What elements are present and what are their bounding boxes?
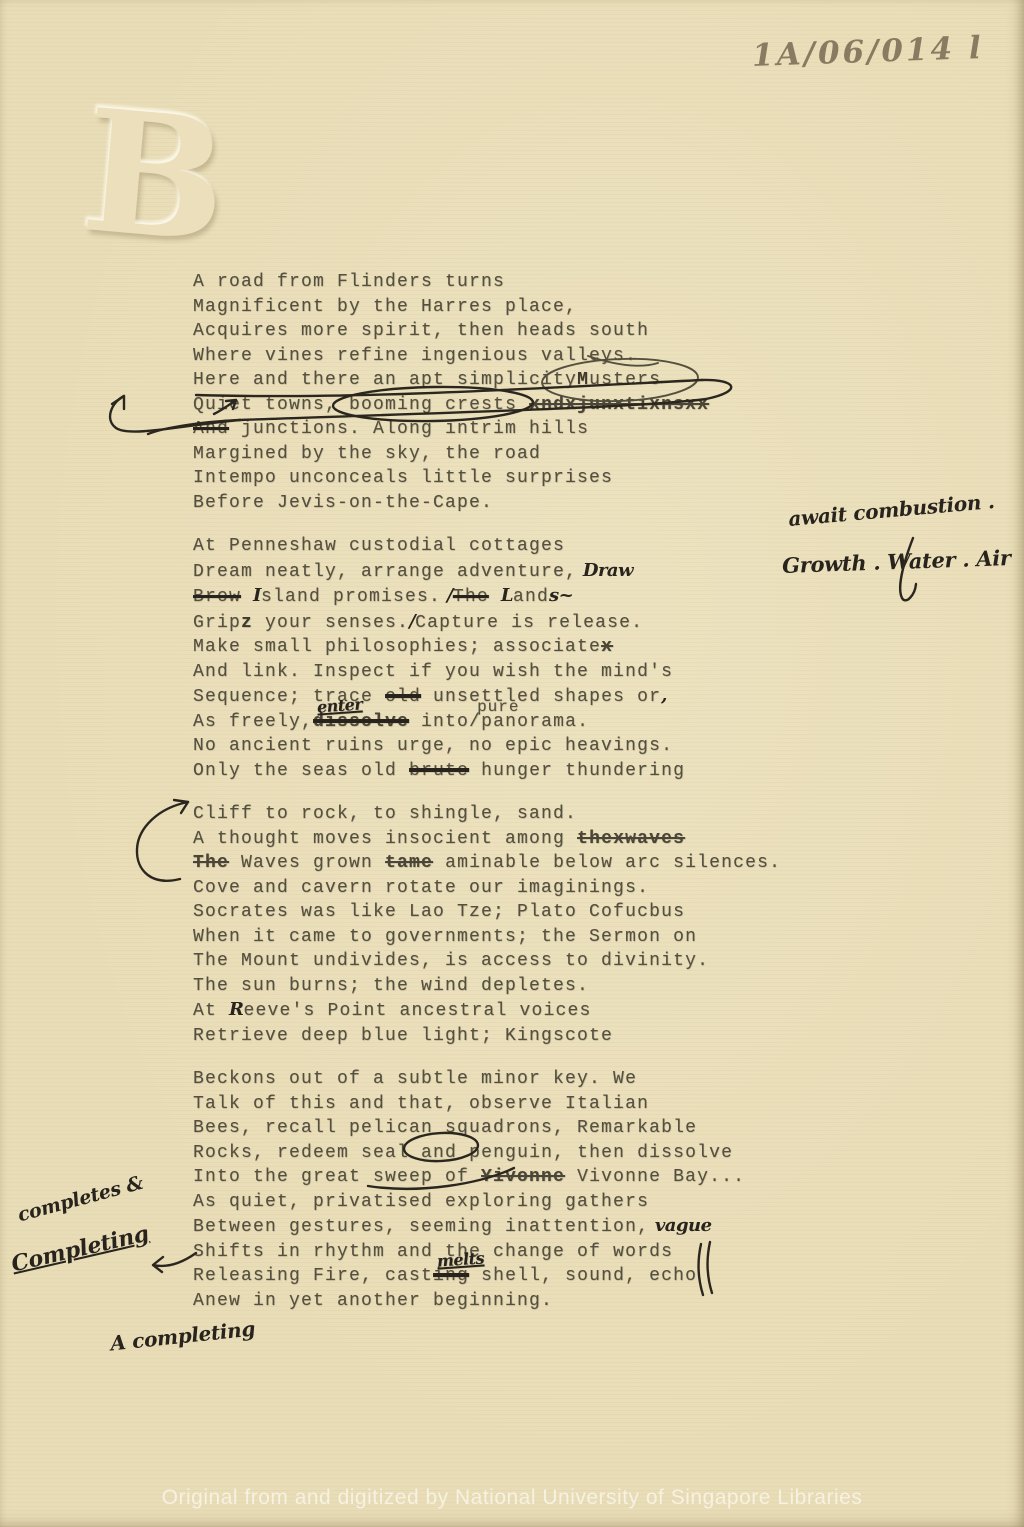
digitization-watermark: Original from and digitized by National … [0, 1486, 1024, 1510]
poem-text-run [489, 587, 501, 607]
poem-text-run [241, 587, 253, 607]
poem-line: The Waves grown tame aminable below arc … [193, 851, 781, 876]
poem-text-run: Anew in yet another beginning. [193, 1291, 553, 1311]
poem-text-run: At Penneshaw custodial cottages [193, 536, 565, 556]
stanza-2: At Penneshaw custodial cottages Dream ne… [193, 534, 781, 783]
poem-line: The Mount undivides, is access to divini… [193, 949, 781, 974]
hand-struck-word: brute [409, 761, 469, 781]
margin-note-await: await combustion . [787, 489, 995, 531]
poem-text-run: Here and there an apt simplicity [193, 370, 577, 390]
typed-over-strike: x [601, 637, 613, 657]
poem: A road from Flinders turns Magnificent b… [193, 270, 781, 1313]
overstruck-letter: z [241, 613, 253, 633]
poem-line: Into the great sweep of Yivonne Vivonne … [193, 1165, 781, 1190]
poem-text-run: Margined by the sky, the road [193, 444, 541, 464]
poem-text-run: your senses. [253, 613, 409, 633]
poem-line: Magnificent by the Harres place, [193, 295, 781, 320]
poem-text-run: penguin, then dissolve [457, 1143, 733, 1163]
poem-text-run: Where vines refine ingenious valleys. [193, 346, 637, 366]
handwritten-letter: L [501, 585, 513, 606]
poem-line: A road from Flinders turns [193, 270, 781, 295]
poem-text-run: The sun burns; the wind depletes. [193, 976, 589, 996]
margin-note-completes: completes & [15, 1172, 145, 1227]
hand-struck-word: old [385, 687, 421, 707]
poem-line: Quiet towns, booming crests xndxjunxtixn… [193, 393, 781, 418]
poem-line: Dream neatly, arrange adventure, Draw [193, 559, 781, 585]
poem-text-run [337, 395, 349, 415]
poem-line: Beckons out of a subtle minor key. We [193, 1067, 781, 1092]
paper-emboss-mark: B [77, 86, 233, 266]
handwritten-letter: I [253, 585, 261, 606]
poem-line: And link. Inspect if you wish the mind's [193, 660, 781, 685]
circled-word-and: and [421, 1143, 457, 1163]
poem-text-run: And link. Inspect if you wish the mind's [193, 662, 673, 682]
overstruck-letter: M [577, 370, 589, 390]
typed-over-strike: tame [385, 853, 433, 873]
archive-reference-number: 1A/06/014 l [752, 30, 985, 74]
poem-text-run: Waves grown [229, 853, 385, 873]
hand-struck-word: The [453, 587, 489, 607]
poem-line: Only the seas old brute hunger thunderin… [193, 759, 781, 784]
poem-text-run: Cliff to rock, to shingle, sand. [193, 804, 577, 824]
poem-line: Here and there an apt simplicityMusters [193, 368, 781, 393]
poem-line: Gripz your senses./Capture is release. [193, 610, 781, 636]
margin-note-completing: Completing [9, 1221, 151, 1278]
poem-text-run: Shifts in rhythm and the change of words [193, 1242, 673, 1262]
poem-text-run: As freely, [193, 712, 313, 732]
poem-text-run: Socrates was like Lao Tze; Plato Cofucbu… [193, 902, 685, 922]
poem-text-run: Intempo unconceals little surprises [193, 468, 613, 488]
poem-line: Between gestures, seeming inattention, v… [193, 1214, 781, 1240]
hand-struck-word-dissolve: dissolveenter [313, 710, 409, 735]
poem-text-run: Bees, recall pelican squadrons, Remarkab… [193, 1118, 697, 1138]
poem-text-run: Magnificent by the Harres place, [193, 297, 577, 317]
poem-text-run: Cove and cavern rotate our imaginings. [193, 878, 649, 898]
handwritten-comma: , [661, 685, 667, 706]
poem-line: Margined by the sky, the road [193, 442, 781, 467]
poem-text-run: As quiet, privatised exploring gathers [193, 1192, 649, 1212]
stanza3-bracket [137, 802, 188, 881]
circled-phrase-booming-crests: booming crests [349, 395, 517, 415]
poem-text-run: When it came to governments; the Sermon … [193, 927, 697, 947]
poem-text-run: Make small philosophies; associate [193, 637, 601, 657]
handwritten-caret: / [441, 585, 453, 606]
hand-corrected-suffix: ingmelts [433, 1264, 469, 1289]
poem-text-run: The Mount undivides, is access to divini… [193, 951, 709, 971]
poem-text-run: Releasing Fire, cast [193, 1266, 433, 1286]
poem-line: At Reeve's Point ancestral voices [193, 998, 781, 1024]
typed-over-strike: xndxjunxtixnsxx [529, 395, 709, 415]
completing-arrow [153, 1253, 196, 1272]
poem-text-run: Dream neatly, arrange adventure, [193, 562, 577, 582]
poem-text-run: eeve's Point ancestral voices [243, 1001, 591, 1021]
handwritten-word-draw: Draw [577, 560, 633, 581]
poem-text-run: junctions. Along intrim hills [229, 419, 589, 439]
poem-line: As quiet, privatised exploring gathers [193, 1190, 781, 1215]
arrowhead [174, 800, 188, 813]
poem-text-run: and [513, 587, 549, 607]
poem-text-run: A thought moves insocient among [193, 829, 577, 849]
poem-line: At Penneshaw custodial cottages [193, 534, 781, 559]
poem-line: Acquires more spirit, then heads south [193, 319, 781, 344]
poem-line: Bees, recall pelican squadrons, Remarkab… [193, 1116, 781, 1141]
poem-text-run: sland promises. [261, 587, 441, 607]
poem-text-run: Grip [193, 613, 241, 633]
poem-text-run: aminable below arc silences. [433, 853, 781, 873]
stanza-3: Cliff to rock, to shingle, sand. A thoug… [193, 802, 781, 1048]
poem-line: The sun burns; the wind depletes. [193, 974, 781, 999]
poem-line: Rocks, redeem seal and penguin, then dis… [193, 1141, 781, 1166]
arrowhead [112, 396, 124, 409]
poem-line: A thought moves insocient among thexwave… [193, 827, 781, 852]
poem-text-run [517, 395, 529, 415]
poem-text-run: hunger thundering [469, 761, 685, 781]
poem-text-run: shell, sound, echo [469, 1266, 697, 1286]
poem-line: Make small philosophies; associatex [193, 635, 781, 660]
stanza-4: Beckons out of a subtle minor key. We Ta… [193, 1067, 781, 1313]
poem-text-run: Acquires more spirit, then heads south [193, 321, 649, 341]
word-with-typed-insertion: purepanorama. [481, 710, 589, 735]
poem-text-run: Talk of this and that, observe Italian [193, 1094, 649, 1114]
poem-line: Releasing Fire, castingmelts shell, soun… [193, 1264, 781, 1289]
poem-text-run: unsettled shapes or [421, 687, 661, 707]
poem-text-run: Beckons out of a subtle minor key. We [193, 1069, 637, 1089]
poem-line: Intempo unconceals little surprises [193, 466, 781, 491]
typed-over-strike: Yivonne [481, 1167, 565, 1187]
poem-text-run: Between gestures, seeming inattention, [193, 1217, 649, 1237]
typed-insertion-pure: pure [477, 695, 519, 720]
circled-word-musters: usters [589, 370, 661, 390]
poem-text-run: No ancient ruins urge, no epic heavings. [193, 736, 673, 756]
handwritten-scrawl: s~ [549, 585, 573, 606]
typed-over-strike: thexwaves [577, 829, 685, 849]
handwritten-word-vague: vague [649, 1215, 712, 1236]
poem-line: No ancient ruins urge, no epic heavings. [193, 734, 781, 759]
poem-line: As freely,dissolveenter into/purepanoram… [193, 710, 781, 735]
poem-line: Anew in yet another beginning. [193, 1289, 781, 1314]
handwritten-insertion: enter [316, 692, 363, 720]
poem-text-run: Before Jevis-on-the-Cape. [193, 493, 493, 513]
margin-note-growth-water-air: Growth . Water . Air [782, 545, 1011, 578]
poem-line: Before Jevis-on-the-Cape. [193, 491, 781, 516]
hand-struck-word: Brow [193, 587, 241, 607]
poem-line: Socrates was like Lao Tze; Plato Cofucbu… [193, 900, 781, 925]
poem-text-run: Rocks, redeem seal [193, 1143, 421, 1163]
poem-line: Where vines refine ingenious valleys. [193, 344, 781, 369]
poem-line: Cove and cavern rotate our imaginings. [193, 876, 781, 901]
poem-line: Talk of this and that, observe Italian [193, 1092, 781, 1117]
poem-line: Cliff to rock, to shingle, sand. [193, 802, 781, 827]
hand-struck-word: And [193, 419, 229, 439]
poem-line: When it came to governments; the Sermon … [193, 925, 781, 950]
poem-text-run: Quiet towns, [193, 395, 337, 415]
poem-text-run: Into the great sweep of [193, 1167, 481, 1187]
handwritten-insertion: melts [436, 1246, 485, 1274]
stanza-1: A road from Flinders turns Magnificent b… [193, 270, 781, 515]
handwritten-letter-r: R [229, 999, 243, 1020]
manuscript-page: B 1A/06/014 l A road from Flinders turns… [0, 0, 1024, 1527]
poem-text-run: into/ [409, 712, 481, 732]
poem-line: And junctions. Along intrim hills [193, 417, 781, 442]
poem-text-run: A road from Flinders turns [193, 272, 505, 292]
poem-text-run: Only the seas old [193, 761, 409, 781]
poem-text-run: At [193, 1001, 229, 1021]
poem-text-run: Vivonne Bay... [565, 1167, 745, 1187]
poem-line: Brow Island promises. /The Lands~ [193, 584, 781, 610]
margin-note-a-completing: A completing [109, 1316, 256, 1355]
poem-line: Retrieve deep blue light; Kingscote [193, 1024, 781, 1049]
poem-text-run: Capture is release. [415, 613, 643, 633]
poem-text-run: Retrieve deep blue light; Kingscote [193, 1026, 613, 1046]
typed-over-strike: The [193, 853, 229, 873]
poem-line: Shifts in rhythm and the change of words [193, 1240, 781, 1265]
